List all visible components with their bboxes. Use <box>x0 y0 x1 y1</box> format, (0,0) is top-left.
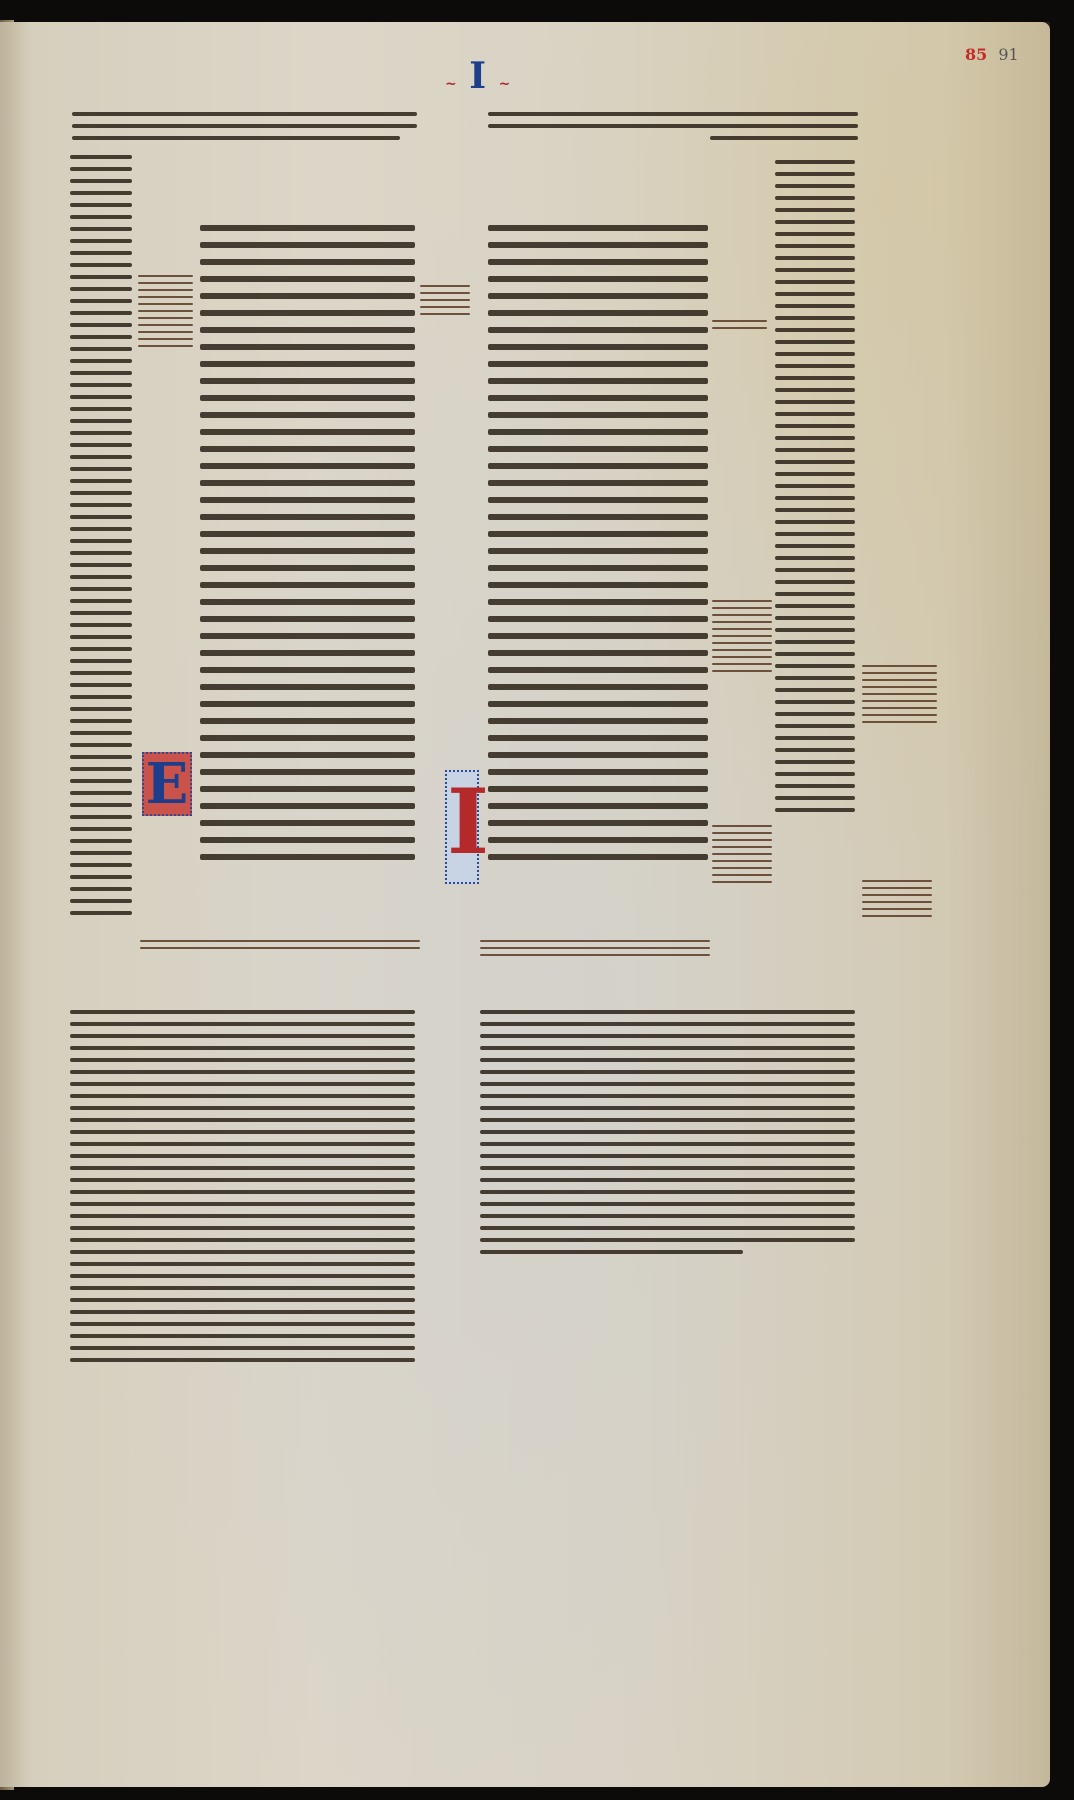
flourish-left: ~ <box>445 76 457 92</box>
running-head: ~ I ~ <box>445 55 510 97</box>
margin-note-9 <box>480 940 710 961</box>
lower-gloss-left <box>70 1010 415 1370</box>
pencil-folio: 91 <box>998 45 1018 64</box>
margin-note-4 <box>712 600 772 677</box>
outer-gloss-right <box>775 160 855 820</box>
margin-note-7 <box>862 880 932 922</box>
margin-note-5 <box>862 665 937 728</box>
main-text-left <box>200 225 415 871</box>
lower-gloss-right <box>480 1010 855 1262</box>
margin-note-6 <box>712 825 772 888</box>
folio-number: 85 91 <box>965 45 1019 64</box>
illuminated-initial-i: I <box>445 770 479 884</box>
running-head-letter: I <box>469 55 486 97</box>
main-text-right <box>488 225 708 871</box>
outer-gloss-left <box>70 155 132 923</box>
top-gloss-right <box>488 112 858 148</box>
illuminated-initial-e: E <box>142 752 192 816</box>
old-folio: 85 <box>965 45 987 64</box>
margin-note-1 <box>138 275 193 352</box>
margin-note-3 <box>712 320 767 334</box>
margin-note-8 <box>140 940 420 954</box>
flourish-right: ~ <box>499 76 511 92</box>
margin-note-2 <box>420 285 470 320</box>
top-gloss-left <box>72 112 417 148</box>
